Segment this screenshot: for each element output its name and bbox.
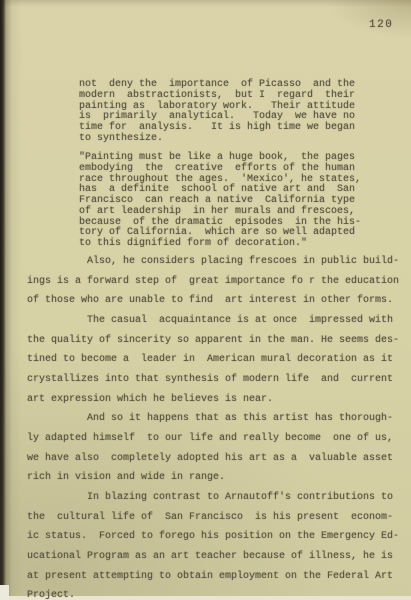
text-line: to synthesize.: [79, 134, 355, 145]
page-bottom-left-corner: [0, 585, 9, 600]
text-line: to this dignified form of decoration.": [79, 239, 361, 250]
block-quote-2: "Painting must be like a huge book, the …: [79, 153, 361, 250]
text-line: The casual acquaintance is at once impre…: [27, 311, 399, 331]
text-line: In blazing contrast to Arnautoff's contr…: [27, 488, 399, 508]
text-line: of art leadership in her murals and fres…: [79, 207, 361, 218]
text-line: ly adapted himself to our life and reall…: [27, 429, 399, 449]
text-line: we have also completely adopted his art …: [27, 449, 399, 469]
block-quote-1: not deny the importance of Picasso and t…: [79, 80, 355, 145]
text-line: ucational Program as an art teacher beca…: [27, 547, 399, 567]
text-line: Also, he considers placing frescoes in p…: [27, 252, 399, 272]
text-line: Project.: [27, 586, 399, 600]
text-line: ings is a forward step of great importan…: [27, 272, 399, 292]
text-line: rich in vision and wide in range.: [27, 468, 399, 488]
text-line: embodying the creative efforts of the hu…: [79, 164, 361, 175]
text-line: crystallizes into that synthesis of mode…: [27, 370, 399, 390]
text-line: of those who are unable to find art inte…: [27, 291, 399, 311]
text-line: ic status. Forced to forego his position…: [27, 527, 399, 547]
text-line: the cultural life of San Francisco is hi…: [27, 508, 399, 528]
text-line: art expression which he believes is near…: [27, 390, 399, 410]
text-line: And so it happens that as this artist ha…: [27, 409, 399, 429]
scanned-typewritten-page: 120 not deny the importance of Picasso a…: [0, 0, 411, 600]
text-line: modern abstractionists, but I regard the…: [79, 91, 355, 102]
page-number: 120: [369, 19, 393, 31]
text-line: tined to become a leader in American mur…: [27, 350, 399, 370]
text-line: the quality of sincerity so apparent in …: [27, 331, 399, 351]
text-line: at present attempting to obtain employme…: [27, 567, 399, 587]
body-text: Also, he considers placing frescoes in p…: [27, 252, 399, 600]
